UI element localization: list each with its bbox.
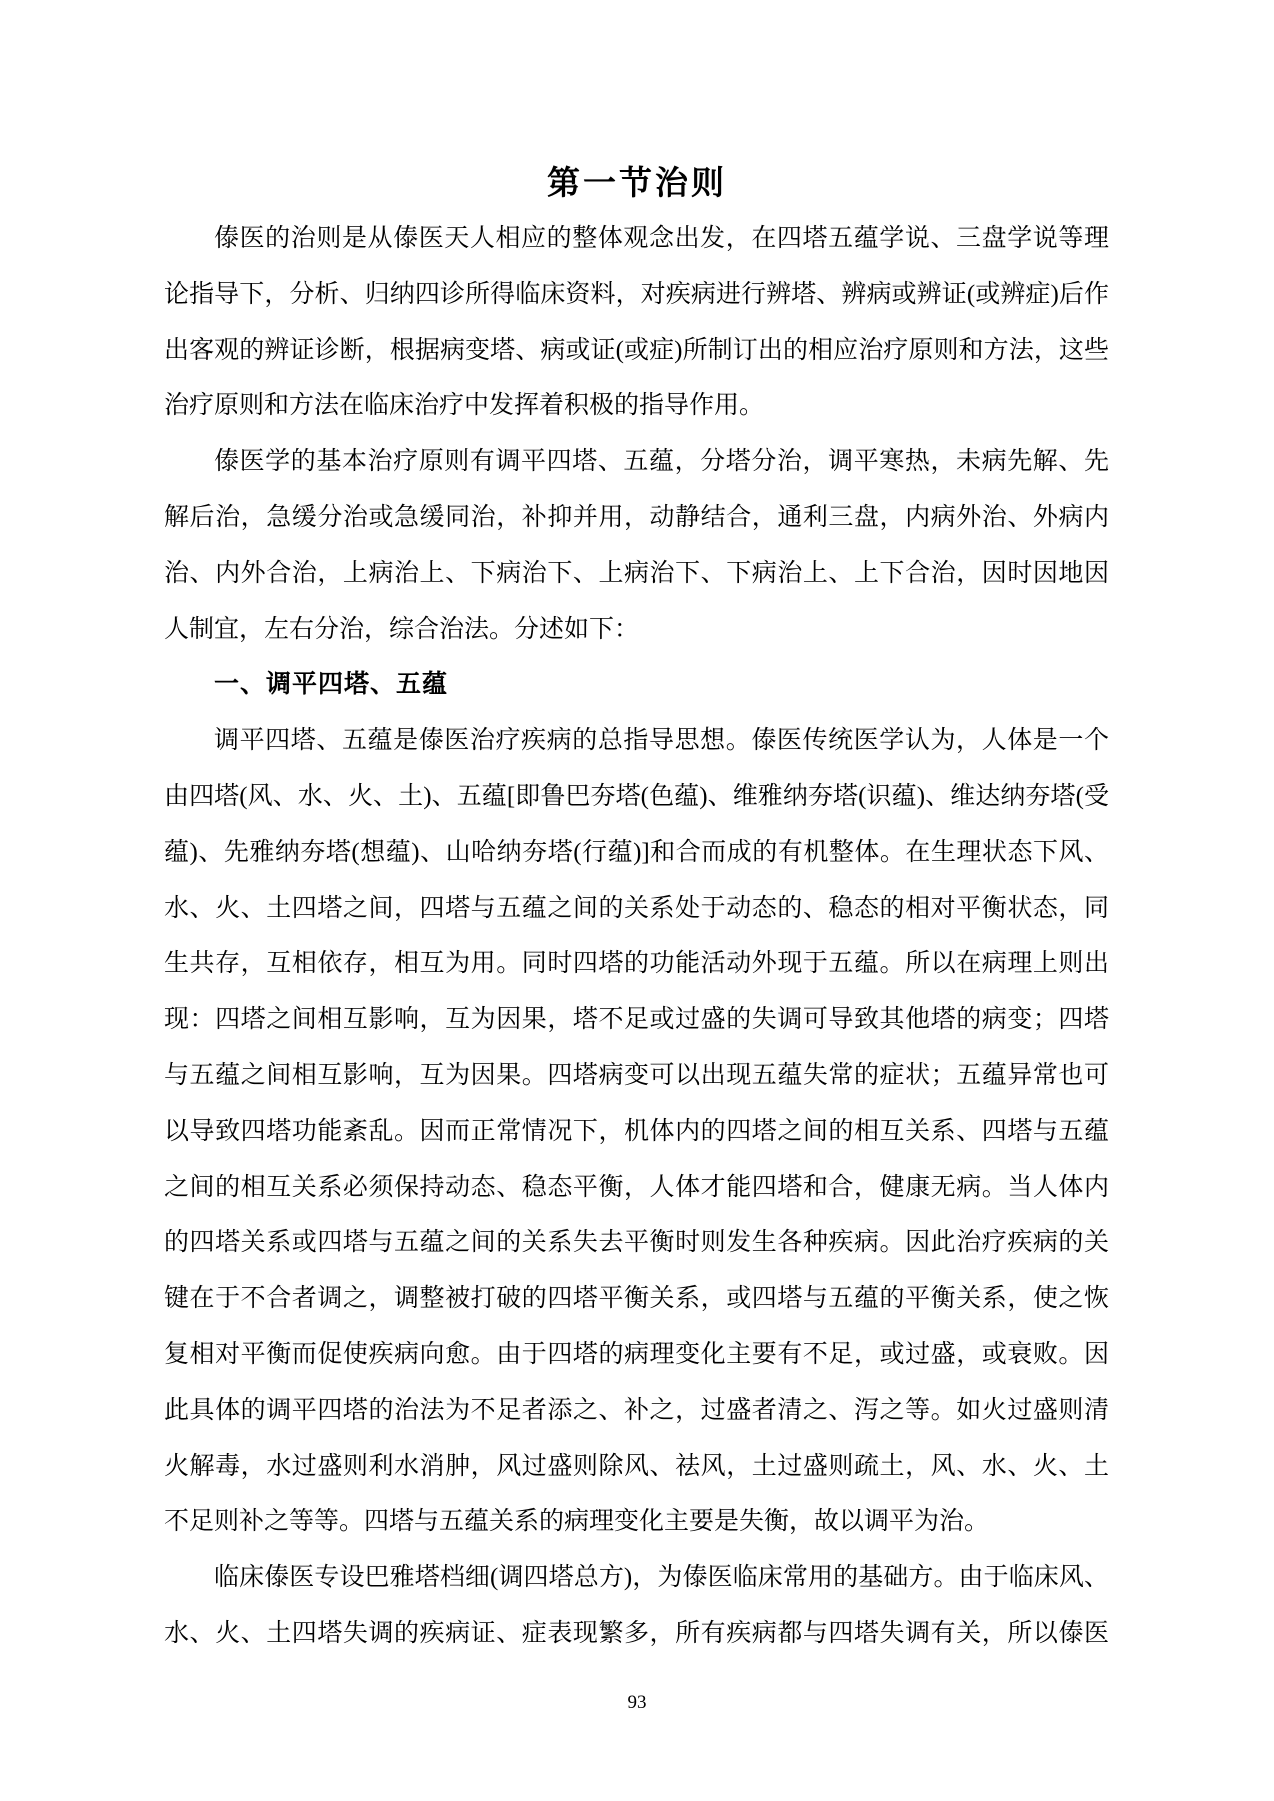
subsection-heading: 一、调平四塔、五蕴 (164, 657, 1109, 713)
paragraph: 傣医学的基本治疗原则有调平四塔、五蕴，分塔分治，调平寒热，未病先解、先解后治，急… (164, 434, 1109, 657)
document-body: 傣医的治则是从傣医天人相应的整体观念出发，在四塔五蕴学说、三盘学说等理论指导下，… (164, 211, 1109, 1662)
page-number: 93 (0, 1691, 1274, 1715)
section-title: 第一节治则 (0, 0, 1274, 200)
document-page: 第一节治则 傣医的治则是从傣医天人相应的整体观念出发，在四塔五蕴学说、三盘学说等… (0, 0, 1274, 1801)
paragraph: 临床傣医专设巴雅塔档细(调四塔总方)，为傣医临床常用的基础方。由于临床风、水、火… (164, 1550, 1109, 1662)
paragraph: 傣医的治则是从傣医天人相应的整体观念出发，在四塔五蕴学说、三盘学说等理论指导下，… (164, 211, 1109, 434)
paragraph: 调平四塔、五蕴是傣医治疗疾病的总指导思想。傣医传统医学认为，人体是一个由四塔(风… (164, 713, 1109, 1550)
